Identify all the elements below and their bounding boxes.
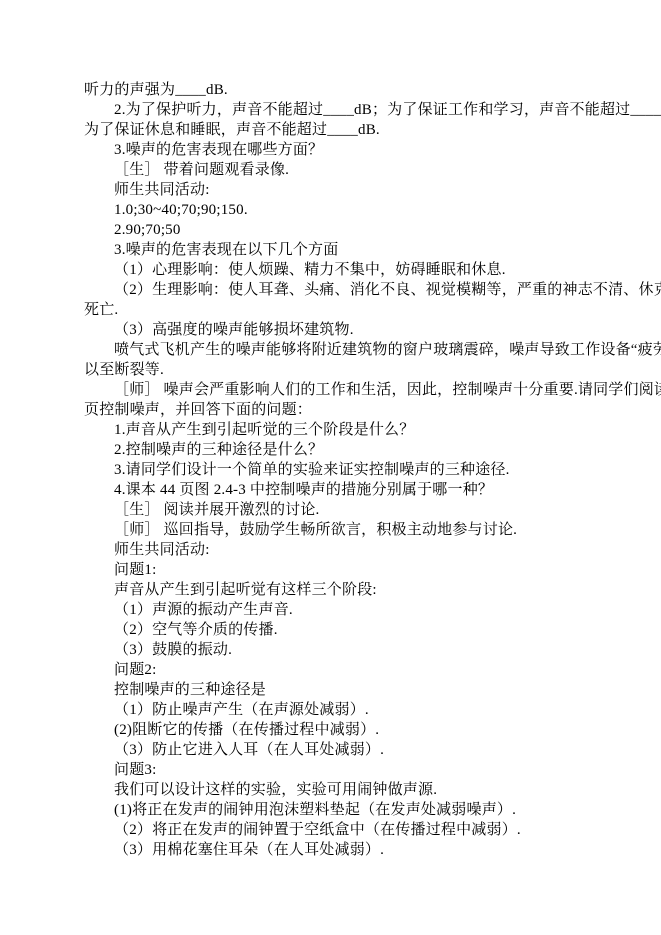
text-line: 死亡. [84, 300, 580, 320]
text-line: 为了保证休息和睡眠，声音不能超过____dB. [84, 120, 580, 140]
text-line: ［师］ 噪声会严重影响人们的工作和生活，因此，控制噪声十分重要.请同学们阅读 4… [84, 380, 580, 400]
text-line: ［师］ 巡回指导，鼓励学生畅所欲言，积极主动地参与讨论. [84, 520, 580, 540]
text-line: 3.噪声的危害表现在哪些方面？ [84, 140, 580, 160]
text-line: 师生共同活动: [84, 180, 580, 200]
text-line: 3.请同学们设计一个简单的实验来证实控制噪声的三种途径. [84, 460, 580, 480]
text-line: 声音从产生到引起听觉有这样三个阶段: [84, 580, 580, 600]
text-line: （1）声源的振动产生声音. [84, 600, 580, 620]
text-line: 4.课本 44 页图 2.4-3 中控制噪声的措施分别属于哪一种？ [84, 480, 580, 500]
text-line: （1）心理影响：使人烦躁、精力不集中，妨碍睡眠和休息. [84, 260, 580, 280]
text-line: 问题3: [84, 760, 580, 780]
text-line: 3.噪声的危害表现在以下几个方面 [84, 240, 580, 260]
text-line: (2)阻断它的传播（在传播过程中减弱）. [84, 720, 580, 740]
text-line: ［生］ 阅读并展开激烈的讨论. [84, 500, 580, 520]
text-line: 2.控制噪声的三种途径是什么？ [84, 440, 580, 460]
document-body: 听力的声强为____dB.2.为了保护听力，声音不能超过____dB；为了保证工… [84, 80, 580, 860]
text-line: 1.声音从产生到引起听觉的三个阶段是什么？ [84, 420, 580, 440]
text-line: （3）鼓膜的振动. [84, 640, 580, 660]
text-line: （2）将正在发声的闹钟置于空纸盒中（在传播过程中减弱）. [84, 820, 580, 840]
text-line: 1.0;30~40;70;90;150. [84, 200, 580, 220]
text-line: 2.为了保护听力，声音不能超过____dB；为了保证工作和学习，声音不能超过__… [84, 100, 580, 120]
text-line: ［生］ 带着问题观看录像. [84, 160, 580, 180]
text-line: 问题1: [84, 560, 580, 580]
text-line: （3）防止它进入人耳（在人耳处减弱）. [84, 740, 580, 760]
text-line: 2.90;70;50 [84, 220, 580, 240]
text-line: 控制噪声的三种途径是 [84, 680, 580, 700]
text-line: 问题2: [84, 660, 580, 680]
text-line: （2）生理影响：使人耳聋、头痛、消化不良、视觉模糊等，严重的神志不清、休克或 [84, 280, 580, 300]
text-line: 师生共同活动: [84, 540, 580, 560]
text-line: （3）高强度的噪声能够损坏建筑物. [84, 320, 580, 340]
text-line: （2）空气等介质的传播. [84, 620, 580, 640]
text-line: （3）用棉花塞住耳朵（在人耳处减弱）. [84, 840, 580, 860]
text-line: 页控制噪声，并回答下面的问题： [84, 400, 580, 420]
document-page: 听力的声强为____dB.2.为了保护听力，声音不能超过____dB；为了保证工… [0, 0, 661, 935]
text-line: （1）防止噪声产生（在声源处减弱）. [84, 700, 580, 720]
text-line: 喷气式飞机产生的噪声能够将附近建筑物的窗户玻璃震碎，噪声导致工作设备“疲劳” [84, 340, 580, 360]
text-line: (1)将正在发声的闹钟用泡沫塑料垫起（在发声处减弱噪声）. [84, 800, 580, 820]
text-line: 以至断裂等. [84, 360, 580, 380]
text-line: 我们可以设计这样的实验，实验可用闹钟做声源. [84, 780, 580, 800]
text-line: 听力的声强为____dB. [84, 80, 580, 100]
